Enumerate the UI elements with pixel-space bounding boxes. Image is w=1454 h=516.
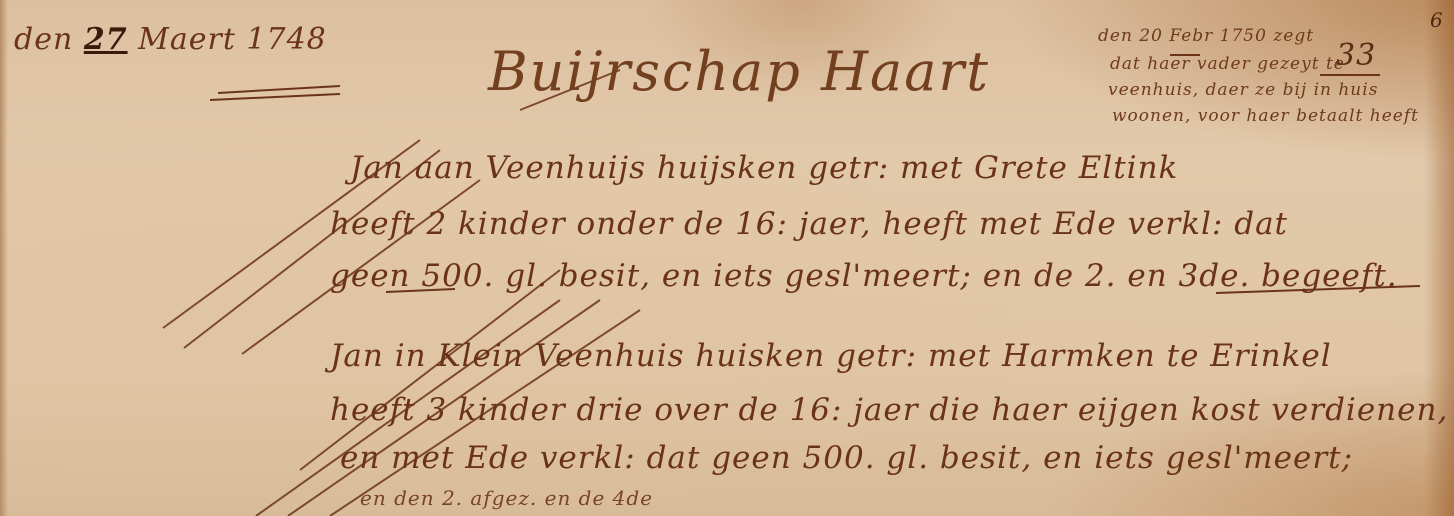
entry-1-line-1: Jan aan Veenhuijs huijsken getr: met Gre…: [350, 150, 1178, 186]
entry-2-line-1: Jan in Klein Veenhuis huisken getr: met …: [330, 338, 1332, 374]
page-mark: 6: [1430, 8, 1444, 32]
margin-note-line: den 20 Febr 1750 zegt: [1098, 26, 1314, 46]
date-prefix: den: [14, 22, 73, 57]
margin-note-number: 33: [1336, 38, 1376, 73]
margin-note-line: dat haer vader gezeyt te: [1110, 54, 1345, 74]
entry-2-line-2: heeft 3 kinder drie over de 16: jaer die…: [330, 392, 1448, 428]
page-title: Buijrschap Haart: [488, 40, 990, 103]
manuscript-page: den 27 Maert 1748 Buijrschap Haart 6 den…: [0, 0, 1454, 516]
margin-note-line: veenhuis, daer ze bij in huis: [1108, 80, 1378, 100]
entry-2-line-3: en met Ede verkl: dat geen 500. gl. besi…: [340, 440, 1353, 476]
entry-1-line-2: heeft 2 kinder onder de 16: jaer, heeft …: [330, 206, 1288, 242]
margin-note-line: woonen, voor haer betaalt heeft: [1112, 106, 1419, 126]
date-month-year: Maert 1748: [138, 22, 327, 57]
entry-1-line-3: geen 500. gl. besit, en iets gesl'meert;…: [330, 258, 1398, 294]
entry-date: den 27 Maert 1748: [14, 22, 327, 57]
date-day: 27: [84, 22, 128, 57]
entry-2-line-4: en den 2. afgez. en de 4de: [360, 486, 653, 510]
